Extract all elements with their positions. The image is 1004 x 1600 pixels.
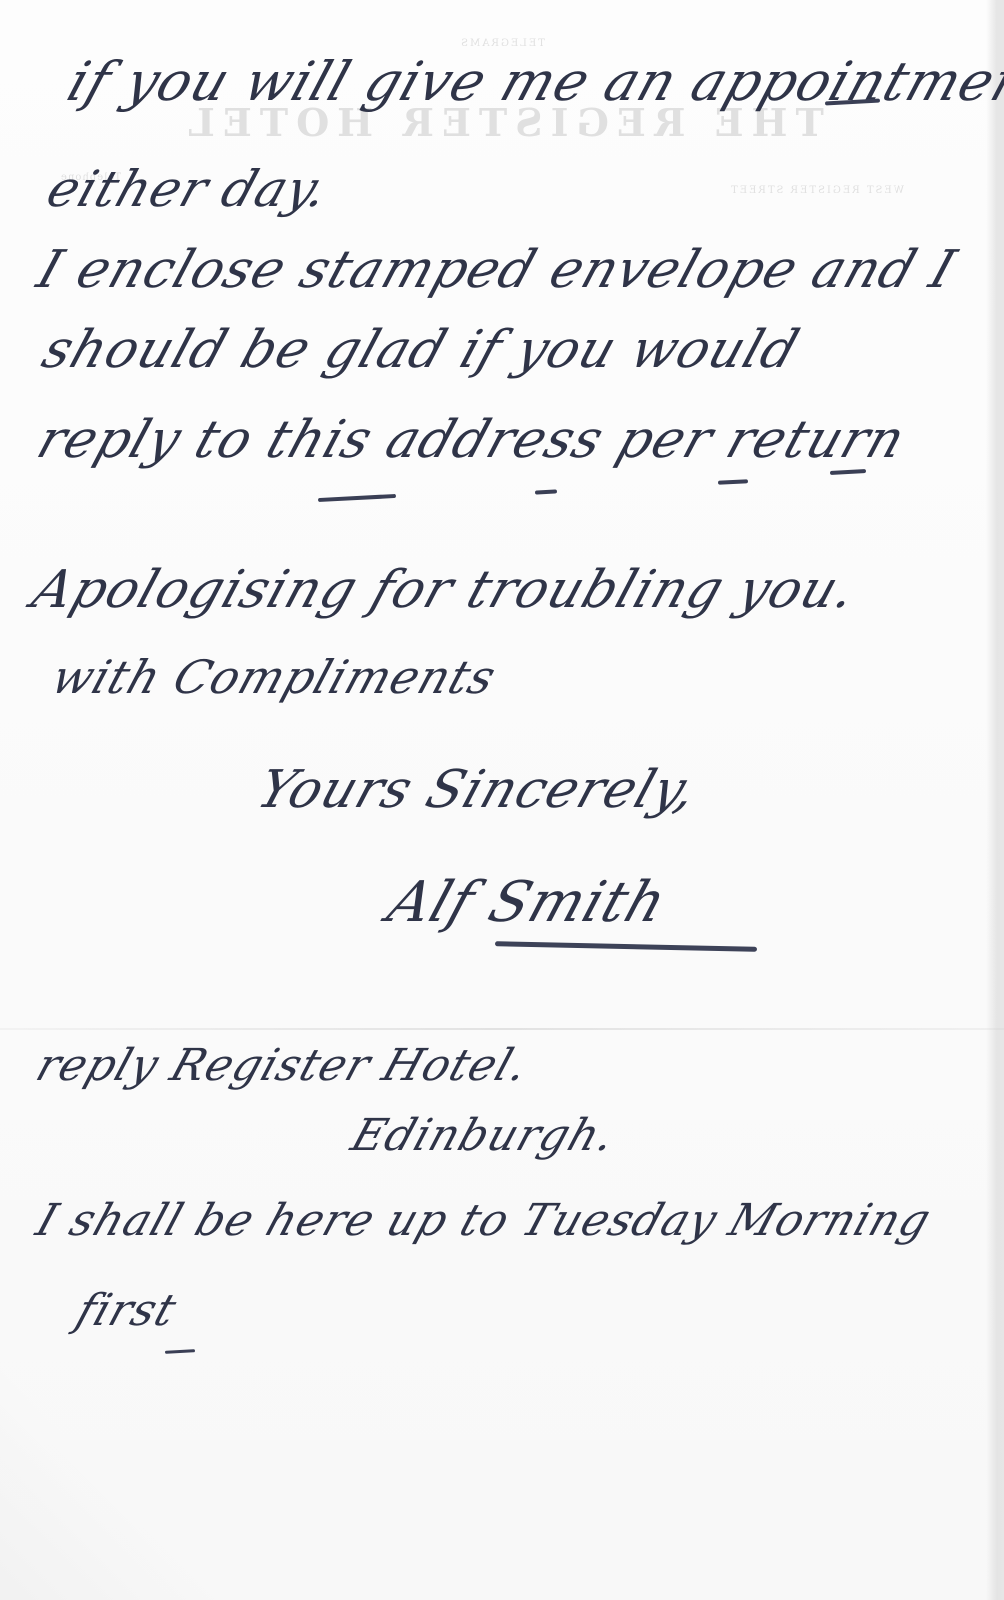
letterhead-subtitle: WEST REGISTER STREET — [729, 185, 904, 196]
postscript-reply-line: reply Register Hotel. — [30, 1040, 535, 1091]
letterhead-small-text: TELEGRAMS — [0, 38, 1004, 49]
letter-line-4: should be glad if you would — [35, 320, 807, 380]
letter-line-6: Apologising for troubling you. — [25, 560, 864, 620]
postscript-city: Edinburgh. — [345, 1110, 622, 1161]
paper-corner-crease — [0, 1360, 230, 1600]
postscript-note-end: first — [70, 1285, 183, 1336]
letter-line-2: either day. — [40, 160, 336, 218]
letter-line-7: with Compliments — [45, 650, 503, 704]
letter-line-5: reply to this address per return — [30, 410, 913, 470]
paper-edge-shadow — [986, 0, 1004, 1600]
letter-closing: Yours Sincerely, — [250, 760, 705, 820]
letter-line-3: I enclose stamped envelope and I — [30, 240, 963, 300]
letter-line-1: if you will give me an appointment. — [60, 50, 1004, 113]
paper-fold-line — [0, 1028, 1004, 1030]
postscript-note: I shall be here up to Tuesday Morning — [30, 1195, 938, 1246]
letter-signature: Alf Smith — [380, 870, 675, 935]
